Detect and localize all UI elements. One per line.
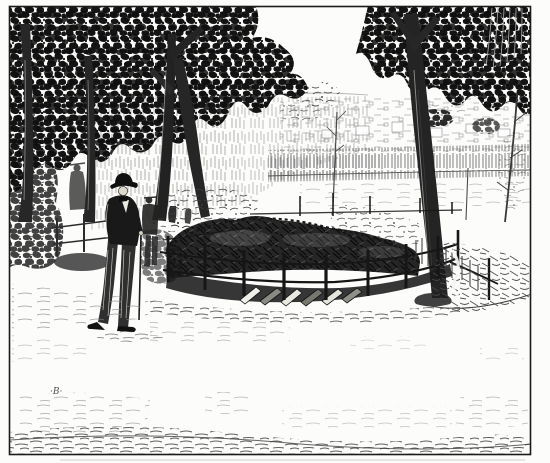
hand — [139, 231, 143, 235]
reed-bank — [268, 144, 530, 182]
head — [118, 186, 127, 195]
artist-monogram: ·B· — [50, 387, 62, 397]
engraving-illustration: ·B· — [0, 0, 550, 463]
railing-shadow — [54, 253, 110, 271]
engraving-page: ·B· — [0, 0, 550, 463]
